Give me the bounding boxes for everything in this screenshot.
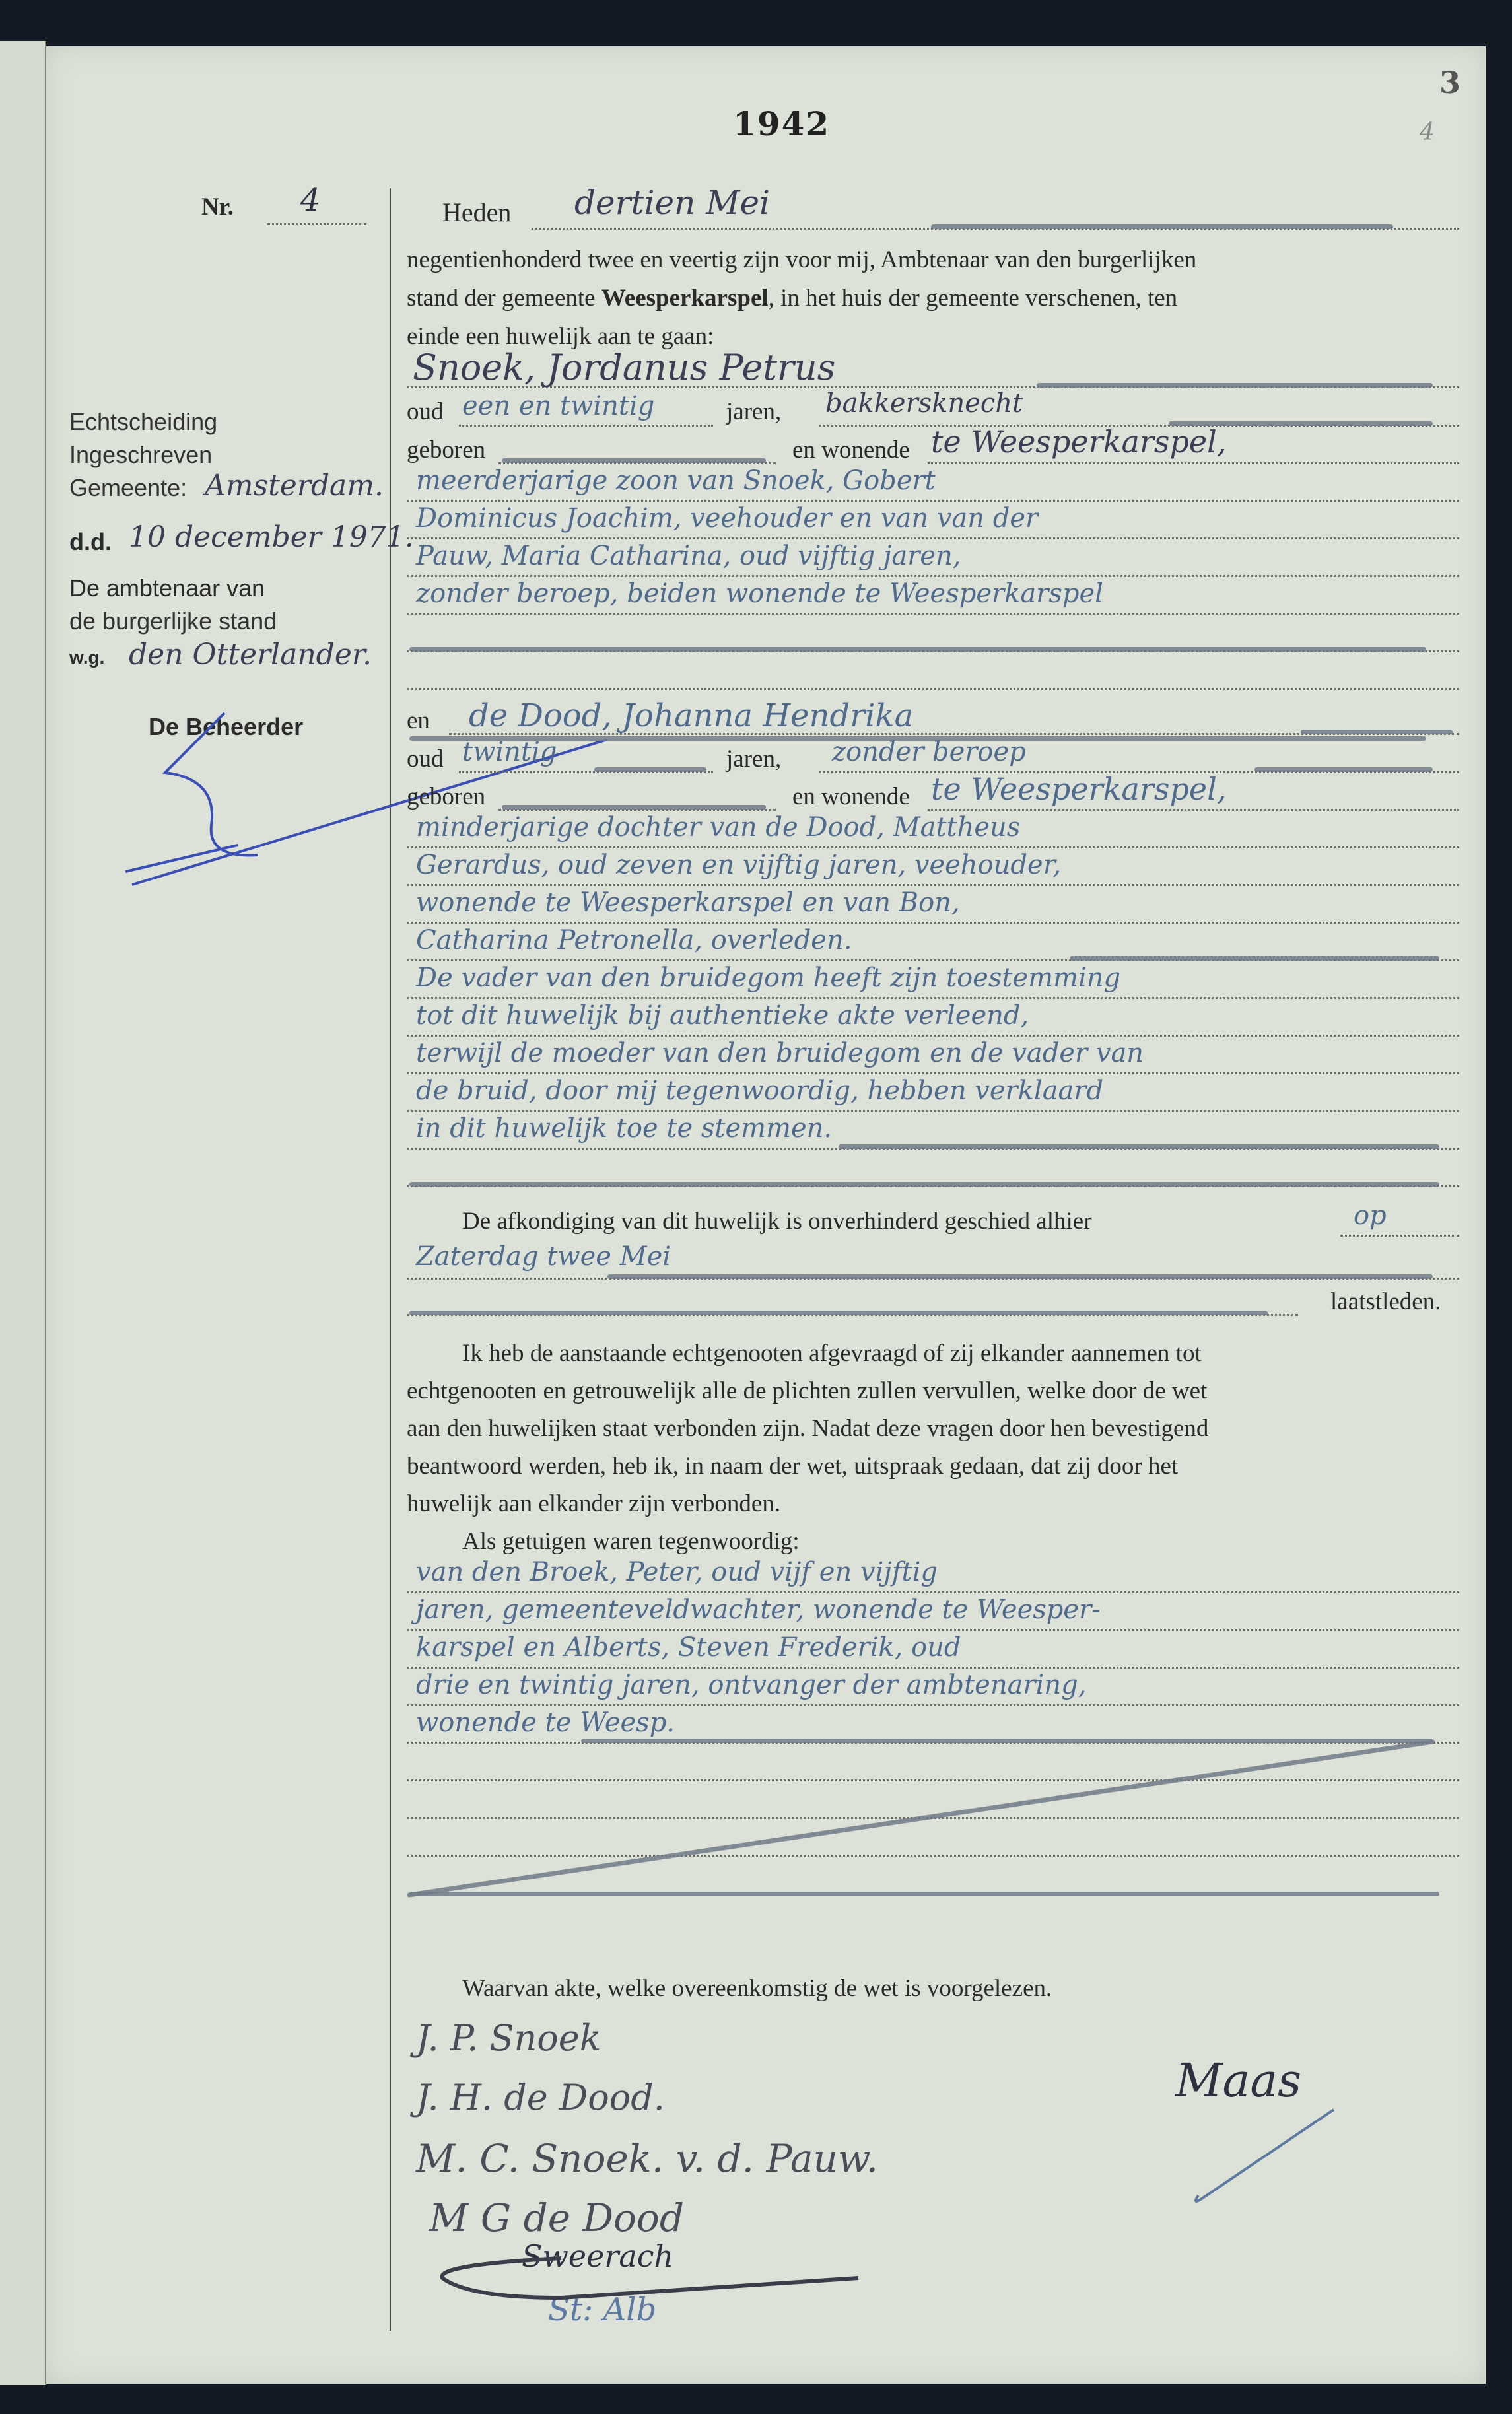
groom-detail-line-1: [407, 500, 1459, 502]
bride-detail-line-6: [407, 1035, 1459, 1037]
bride-name-strike: [1301, 730, 1453, 734]
bride-born-strike: [502, 805, 766, 810]
groom-residence-line: [928, 462, 1459, 464]
nr-value: 4: [300, 182, 321, 219]
bride-jaren-label: jaren,: [726, 745, 781, 773]
bride-detail-7: terwijl de moeder van den bruidegom en d…: [416, 1038, 1144, 1068]
groom-geboren-label: geboren: [407, 436, 485, 464]
groom-detail-line-2: [407, 537, 1459, 539]
margin-wg-value: den Otterlander.: [129, 638, 372, 672]
witness-line-1: [407, 1591, 1459, 1593]
groom-wonende-label: en wonende: [792, 436, 910, 464]
declaration-line-4: beantwoord werden, heb ik, in naam der w…: [407, 1452, 1178, 1480]
bride-detail-strike-10: [409, 1182, 1439, 1187]
bride-detail-strike-4: [1070, 956, 1439, 961]
bride-detail-line-2: [407, 884, 1459, 886]
bride-detail-4: Catharina Petronella, overleden.: [416, 925, 852, 955]
bride-detail-3: wonende te Weesperkarspel en van Bon,: [416, 887, 960, 918]
witnesses-label: Als getuigen waren tegenwoordig:: [462, 1527, 800, 1556]
proclamation-value: Zaterdag twee Mei: [416, 1241, 671, 1272]
bride-oud-label: oud: [407, 745, 444, 773]
proclamation-suffix: laatstleden.: [1330, 1288, 1441, 1316]
groom-detail-line-3: [407, 575, 1459, 577]
groom-detail-3: Pauw, Maria Catharina, oud vijftig jaren…: [416, 541, 961, 571]
groom-age-line: [459, 425, 713, 427]
witness-detail-1: van den Broek, Peter, oud vijf en vijfti…: [416, 1557, 938, 1587]
bride-residence: te Weesperkarspel,: [931, 771, 1226, 807]
groom-detail-1: meerderjarige zoon van Snoek, Gobert: [416, 466, 936, 496]
closing-text: Waarvan akte, welke overeenkomstig de we…: [462, 1974, 1052, 2003]
declaration-line-3: aan den huwelijken staat verbonden zijn.…: [407, 1414, 1208, 1443]
previous-page-edge: [0, 41, 46, 2385]
bride-detail-1: minderjarige dochter van de Dood, Matthe…: [416, 812, 1020, 843]
signature-groom: J. P. Snoek: [416, 2017, 601, 2059]
bride-detail-5: De vader van den bruidegom heeft zijn to…: [416, 963, 1120, 993]
witness-detail-2: jaren, gemeenteveldwachter, wonende te W…: [416, 1595, 1101, 1625]
bride-name: de Dood, Johanna Hendrika: [469, 697, 913, 734]
margin-gemeente-value: Amsterdam.: [205, 469, 384, 502]
groom-detail-line-6: [407, 688, 1459, 690]
groom-oud-label: oud: [407, 397, 444, 426]
bride-detail-line-7: [407, 1072, 1459, 1074]
flourish-icon: [429, 2252, 891, 2318]
groom-name: Snoek, Jordanus Petrus: [413, 347, 835, 388]
declaration-line-5: huwelijk aan elkander zijn verbonden.: [407, 1490, 780, 1518]
groom-jaren-label: jaren,: [726, 397, 781, 426]
witness-line-2: [407, 1629, 1459, 1631]
margin-wg-label: w.g.: [69, 647, 104, 668]
declaration-line-2: echtgenooten en getrouwelijk alle de pli…: [407, 1377, 1207, 1405]
bride-detail-2: Gerardus, oud zeven en vijftig jaren, ve…: [416, 850, 1061, 880]
witness-detail-3: karspel en Alberts, Steven Frederik, oud: [416, 1632, 961, 1663]
witness-detail-5: wonende te Weesp.: [416, 1707, 675, 1738]
year-heading: 1942: [733, 104, 830, 143]
groom-name-strike: [1037, 383, 1433, 388]
signature-groom-mother: M. C. Snoek. v. d. Pauw.: [416, 2136, 878, 2181]
proclamation-strike-2: [607, 1274, 1433, 1279]
proclamation-strike-3: [409, 1311, 1268, 1315]
margin-echtscheiding: Echtscheiding: [69, 408, 217, 436]
page-number: 3: [1439, 65, 1460, 100]
margin-gemeente-label: Gemeente:: [69, 474, 187, 502]
proclamation-inline-value: op: [1354, 1200, 1387, 1231]
nr-field-line: [267, 223, 366, 225]
bride-detail-9: in dit huwelijk toe te stemmen.: [416, 1113, 832, 1144]
bride-wonende-label: en wonende: [792, 782, 910, 811]
register-page: 1942 3 4 Nr. 4 Echtscheiding Ingeschreve…: [46, 46, 1486, 2384]
bride-detail-line-8: [407, 1110, 1459, 1112]
groom-detail-line-4: [407, 613, 1459, 615]
proclamation-inline-line: [1340, 1235, 1459, 1237]
bride-detail-6: tot dit huwelijk bij authentieke akte ve…: [416, 1000, 1029, 1031]
groom-born-strike: [502, 458, 766, 463]
bride-age-strike: [594, 767, 706, 772]
margin-dd-label: d.d.: [69, 528, 112, 556]
groom-age: een en twintig: [462, 391, 654, 421]
bride-detail-line-5: [407, 997, 1459, 999]
heden-strike: [931, 224, 1393, 229]
registrar-flourish-icon: [1182, 2106, 1347, 2205]
groom-occupation: bakkersknecht: [825, 388, 1023, 419]
margin-ambtenaar-1: De ambtenaar van: [69, 574, 265, 602]
signature-bride: J. H. de Dood.: [416, 2077, 665, 2118]
bride-en-label: en: [407, 707, 430, 735]
heden-label: Heden: [442, 197, 511, 228]
column-divider: [390, 188, 391, 2331]
declaration-line-1: Ik heb de aanstaande echtgenooten afgevr…: [462, 1339, 1202, 1367]
witness-line-4: [407, 1704, 1459, 1706]
witness-detail-4: drie en twintig jaren, ontvanger der amb…: [416, 1670, 1086, 1700]
witness-line-3: [407, 1667, 1459, 1669]
groom-detail-4: zonder beroep, beiden wonende te Weesper…: [416, 578, 1103, 609]
groom-residence: te Weesperkarspel,: [931, 424, 1226, 460]
signature-bride-father: M G de Dood: [429, 2195, 684, 2240]
z-strike-icon: [403, 1737, 1459, 1902]
bride-detail-strike-9: [839, 1144, 1439, 1149]
margin-ambtenaar-2: de burgerlijke stand: [69, 607, 277, 635]
bride-detail-line-1: [407, 846, 1459, 848]
margin-dd-value: 10 december 1971.: [129, 520, 414, 554]
page-number-annotation: 4: [1420, 119, 1435, 146]
nr-label: Nr.: [201, 193, 234, 221]
groom-detail-strike: [409, 647, 1426, 652]
margin-ingeschreven: Ingeschreven: [69, 441, 212, 469]
proclamation-text: De afkondiging van dit huwelijk is onver…: [462, 1207, 1092, 1235]
bride-detail-8: de bruid, door mij tegenwoordig, hebben …: [416, 1076, 1103, 1106]
bride-occupation-strike: [1254, 767, 1433, 772]
bride-occupation: zonder beroep: [832, 737, 1026, 767]
groom-detail-2: Dominicus Joachim, veehouder en van van …: [416, 503, 1038, 534]
intro-line-2: stand der gemeente Weesperkarspel, in he…: [407, 284, 1177, 312]
intro-line-1: negentienhonderd twee en veertig zijn vo…: [407, 246, 1196, 274]
signature-registrar: Maas: [1175, 2053, 1301, 2108]
heden-value: dertien Mei: [574, 184, 770, 222]
bride-residence-line: [928, 809, 1459, 811]
bride-age: twintig: [462, 737, 557, 767]
bride-detail-line-3: [407, 922, 1459, 924]
bride-geboren-label: geboren: [407, 782, 485, 811]
